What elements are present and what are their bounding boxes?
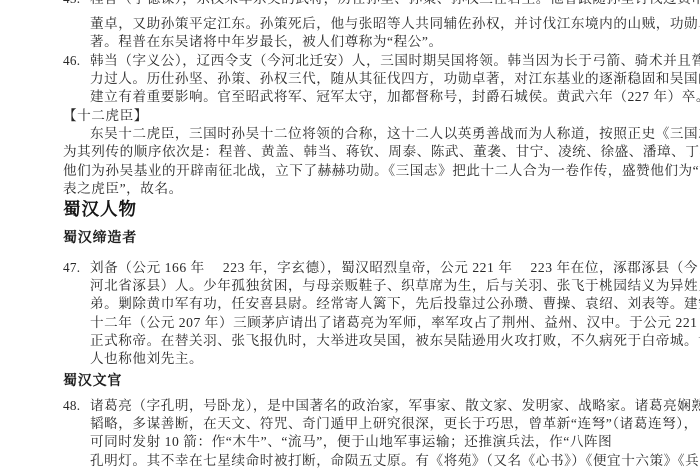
tigers-paragraph-line-1: 东吴十二虎臣，三国时孙吴十二位将领的合称，这十二人以英勇善战而为人称道，按照正史… [90,125,700,143]
tigers-paragraph-line-3: 他们为孙吴基业的开辟南征北战，立下了赫赫功勋。《三国志》把此十二人合为一卷作传，… [63,162,700,180]
item-48-line-1: 诸葛亮（字孔明，号卧龙），是中国著名的政治家，军事家、散文家、发明家、战略家。诸… [90,397,700,415]
item-45-line-1: 程普（字德谋），东汉末年东吴的武将，历仕孙坚、孙策、孙权三任君主。他曾跟随孙坚讨… [90,0,700,8]
item-47-line-3: 弟。剿除黄巾军有功，任安喜县尉。经常寄人篱下，先后投靠过公孙瓒、曹操、袁绍、刘表… [90,295,700,313]
item-48-line-3: 可同时发射 10 箭：作“木牛”、“流马”，便于山地军事运输；还推演兵法，作“八… [90,433,612,451]
item-number-46: 46. [63,52,80,70]
subsection-heading-founder: 蜀汉缔造者 [63,230,137,248]
item-47-line-1: 刘备（公元 166 年 223 年，字玄德），蜀汉昭烈皇帝，公元 221 年 2… [90,259,698,277]
tigers-paragraph-line-4: 表之虎臣”，故名。 [63,180,183,198]
item-45-line-2: 董卓，又助孙策平定江东。孙策死后，他与张昭等人共同辅佐孙权，并讨伐江东境内的山贼… [90,15,700,33]
item-number-48: 48. [63,397,80,415]
item-47-line-2: 河北省涿县）人。少年孤独贫困，与母亲贩鞋子、织草席为生，后与关羽、张飞于桃园结义… [90,277,700,295]
item-46-line-1: 韩当（字义公），辽西令支（今河北迁安）人，三国时期吴国将领。韩当因为长于弓箭、骑… [90,52,700,70]
item-45-line-3: 著。程普在东吴诸将中年岁最长，被人们尊称为“程公”。 [90,33,443,51]
section-heading-shu-han: 蜀汉人物 [63,198,137,220]
item-48-line-4: 孔明灯。其不幸在七星续命时被打断，命陨五丈原。有《将苑》（又名《心书》）《便宜十… [90,452,699,470]
item-46-line-3: 建立有着重要影响。官至昭武将军、冠军太守，加都督称号，封爵石城侯。黄武六年（22… [90,88,700,106]
item-48-line-2: 韬略，多谋善断，在天文、符咒、奇门遁甲上研究很深，更长于巧思，曾革新“连弩”（诸… [90,415,698,433]
item-46-line-2: 力过人。历仕孙坚、孙策、孙权三代，随从其征伐四方，功勋卓著，对江东基业的逐渐稳固… [90,70,700,88]
item-number-47: 47. [63,259,80,277]
tigers-paragraph-line-2: 为其列传的顺序依次是：程普、黄盖、韩当、蒋钦、周泰、陈武、董袭、甘宁、凌统、徐盛… [63,143,700,161]
item-number-45: 45. [63,0,80,8]
item-47-line-6: 人也称他刘先主。 [90,350,203,368]
bracket-heading-twelve-tigers: 【十二虎臣】 [63,107,148,125]
item-47-line-4: 十二年（公元 207 年）三顾茅庐请出了诸葛亮为军师，率军攻占了荆州、益州、汉中… [90,314,700,332]
subsection-heading-civil-officials: 蜀汉文官 [63,373,122,391]
item-47-line-5: 正式称帝。在替关羽、张飞报仇时，大举进攻吴国，被东吴陆逊用火攻打败，不久病死于白… [90,332,700,350]
document-page: 45. 程普（字德谋），东汉末年东吴的武将，历仕孙坚、孙策、孙权三任君主。他曾跟… [0,0,700,470]
